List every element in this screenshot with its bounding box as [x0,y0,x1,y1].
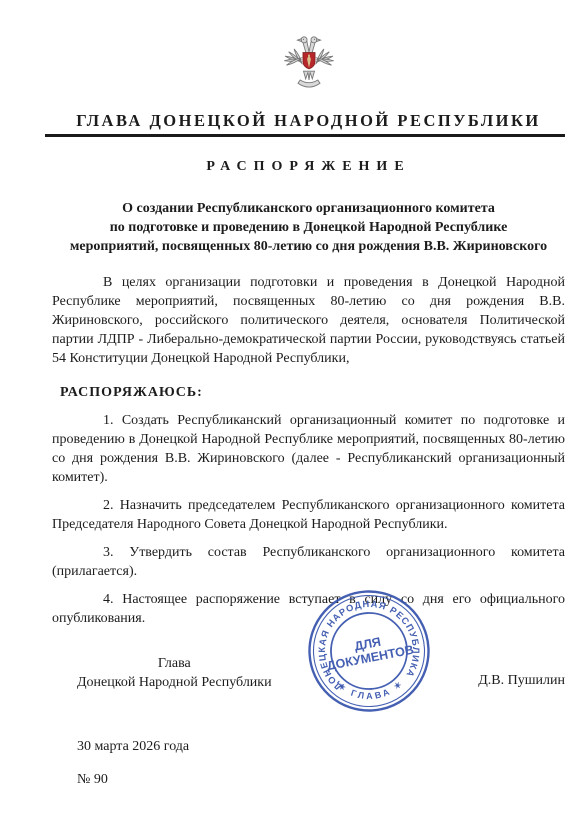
document-page: ГЛАВА ДОНЕЦКОЙ НАРОДНОЙ РЕСПУБЛИКИ РАСПО… [0,0,577,823]
eagle-right-wing [315,48,334,66]
preamble-paragraph: В целях организации подготовки и проведе… [52,273,565,368]
order-item-2: 2. Назначить председателем Республиканск… [52,496,565,534]
dnr-coat-of-arms-icon [276,28,342,100]
doc-number: № 90 [77,770,565,789]
doc-subject: О создании Республиканского организацион… [52,199,565,256]
official-stamp: ДОНЕЦКАЯ НАРОДНАЯ РЕСПУБЛИКА ✶ ГЛАВА ✶ Д… [306,588,432,714]
eagle-tail [298,71,320,87]
doc-type-title: РАСПОРЯЖЕНИЕ [52,159,565,175]
eagle-left-wing [284,48,303,66]
eagle-shield [302,52,314,68]
header-double-rule [45,134,565,137]
doc-date: 30 марта 2026 года [77,737,565,756]
org-header-title: ГЛАВА ДОНЕЦКОЙ НАРОДНОЙ РЕСПУБЛИКИ [52,111,565,131]
order-item-1: 1. Создать Республиканский организационн… [52,411,565,487]
signature-position: Глава Донецкой Народной Республики [77,654,272,692]
order-item-3: 3. Утвердить состав Республиканского орг… [52,543,565,581]
signature-name: Д.В. Пушилин [478,673,565,689]
directive-word: РАСПОРЯЖАЮСЬ: [60,383,565,402]
masthead [52,0,565,105]
